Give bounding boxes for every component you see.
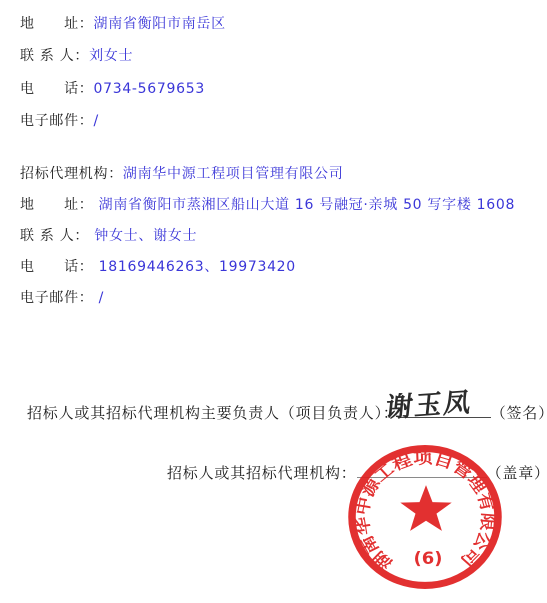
document-page: 地 址：湖南省衡阳市南岳区 联 系 人：刘女士 电 话：0734-5679653… — [0, 0, 547, 603]
tenderer-contact-line: 联 系 人：刘女士 — [20, 45, 133, 65]
contact-label: 联 系 人： — [20, 48, 89, 64]
leader-label: 招标人或其招标代理机构主要负责人（项目负责人）： — [27, 404, 399, 422]
handwritten-signature: 谢玉凤 — [384, 380, 475, 425]
star-icon — [400, 485, 451, 531]
address-label: 地 址： — [20, 16, 94, 32]
phone-label: 电 话： — [20, 81, 94, 97]
company-seal: 湖南华中源工程项目管理有限公司 (6) — [345, 442, 505, 592]
tenderer-phone-line: 电 话：0734-5679653 — [20, 78, 205, 98]
email-value: / — [99, 290, 104, 306]
agency-phone-line: 电 话： 18169446263、19973420 — [20, 256, 296, 276]
agency-name-line: 招标代理机构：湖南华中源工程项目管理有限公司 — [20, 163, 343, 183]
phone-label: 电 话： — [20, 259, 94, 275]
agency-contact-line: 联 系 人： 钟女士、谢女士 — [20, 225, 197, 245]
address-value: 湖南省衡阳市南岳区 — [94, 16, 226, 32]
tenderer-address-line: 地 址：湖南省衡阳市南岳区 — [20, 13, 226, 33]
address-value: 湖南省衡阳市蒸湘区船山大道 16 号融冠·亲城 50 写字楼 1608 — [99, 197, 515, 213]
org-label: 招标人或其招标代理机构： — [167, 464, 357, 482]
phone-value: 0734-5679653 — [94, 81, 205, 97]
email-label: 电子邮件： — [20, 290, 94, 306]
tenderer-email-line: 电子邮件：/ — [20, 110, 99, 130]
contact-value: 刘女士 — [89, 48, 133, 64]
seal-number: (6) — [414, 549, 443, 568]
agency-email-line: 电子邮件： / — [20, 287, 104, 307]
agency-name-value: 湖南华中源工程项目管理有限公司 — [123, 166, 344, 182]
email-value: / — [94, 113, 99, 129]
agency-label: 招标代理机构： — [20, 166, 123, 182]
address-label: 地 址： — [20, 197, 94, 213]
contact-label: 联 系 人： — [20, 228, 89, 244]
sign-suffix: （签名） — [491, 404, 547, 422]
contact-value: 钟女士、谢女士 — [94, 228, 197, 244]
phone-value: 18169446263、19973420 — [99, 259, 296, 275]
email-label: 电子邮件： — [20, 113, 94, 129]
agency-address-line: 地 址： 湖南省衡阳市蒸湘区船山大道 16 号融冠·亲城 50 写字楼 1608 — [20, 194, 515, 214]
